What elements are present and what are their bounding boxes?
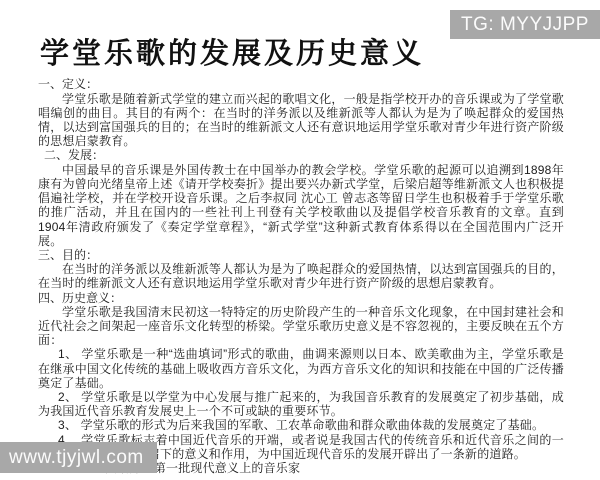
paragraph: 学堂乐歌是随着新式学堂的建立而兴起的歌唱文化，一般是指学校开办的音乐课或为了学堂…	[38, 92, 564, 149]
list-item: 1、 学堂乐歌是一种“选曲填词”形式的歌曲，曲调来源则以日本、欧美歌曲为主，学堂…	[38, 347, 564, 390]
document-content: 学堂乐歌的发展及历史意义 一、定义： 学堂乐歌是随着新式学堂的建立而兴起的歌唱文…	[38, 0, 564, 475]
section-definition: 一、定义： 学堂乐歌是随着新式学堂的建立而兴起的歌唱文化，一般是指学校开办的音乐…	[38, 77, 564, 148]
page-title: 学堂乐歌的发展及历史意义	[40, 38, 564, 70]
section-heading: 三、目的：	[38, 248, 564, 262]
section-development: 二、发展： 中国最早的音乐课是外国传教士在中国举办的教会学校。学堂乐歌的起源可以…	[38, 148, 564, 247]
paragraph: 中国最早的音乐课是外国传教士在中国举办的教会学校。学堂乐歌的起源可以追溯到189…	[38, 163, 564, 248]
section-purpose: 三、目的： 在当时的洋务派以及维新派等人都认为是为了唤起群众的爱国热情，以达到富…	[38, 248, 564, 291]
watermark-url-bottom: www.tjyjwl.com	[0, 442, 157, 473]
section-heading: 四、历史意义：	[38, 291, 564, 305]
document-page: TG: MYYJJPP 学堂乐歌的发展及历史意义 一、定义： 学堂乐歌是随着新式…	[0, 0, 600, 480]
list-item: 2、 学堂乐歌是以学堂为中心发展与推广起来的，为我国音乐教育的发展奠定了初步基础…	[38, 390, 564, 418]
paragraph: 在当时的洋务派以及维新派等人都认为是为了唤起群众的爱国热情，以达到富国强兵的目的…	[38, 262, 564, 290]
section-heading: 一、定义：	[38, 77, 564, 91]
paragraph: 学堂乐歌是我国清末民初这一特特定的历史阶段产生的一种音乐文化现象，在中国封建社会…	[38, 305, 564, 348]
section-heading: 二、发展：	[44, 148, 564, 162]
list-item: 3、 学堂乐歌的形式为后来我国的军歌、工农革命歌曲和群众歌曲体裁的发展奠定了基础…	[38, 418, 564, 432]
